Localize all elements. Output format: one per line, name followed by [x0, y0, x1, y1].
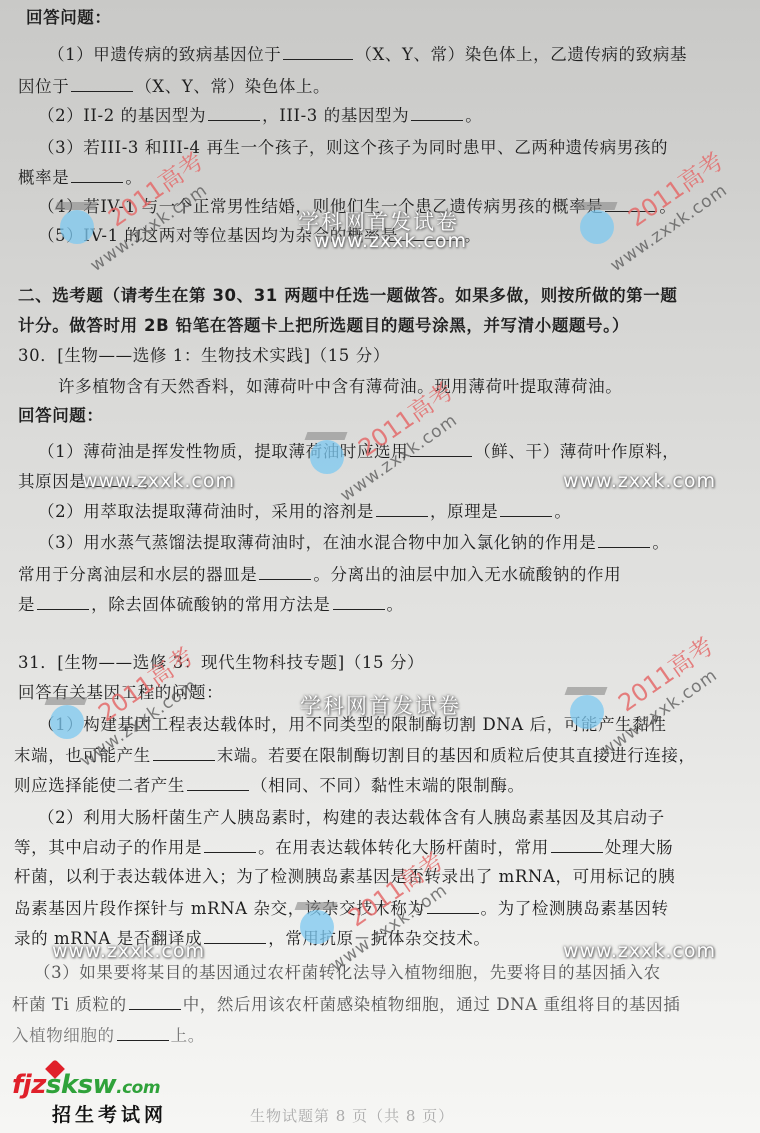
page-number: 生物试题第 8 页（共 8 页）: [250, 1105, 454, 1126]
answer-blank: [129, 993, 181, 1010]
graduation-cap-icon: [565, 687, 608, 695]
answer-blank: [411, 104, 463, 121]
watermark-url: www.zxxk.com: [563, 470, 716, 492]
answer-blank: [333, 593, 385, 610]
question-30-part-3-line-3: 是，除去固体硫酸钠的常用方法是。: [18, 593, 404, 616]
answer-blank: [117, 1024, 169, 1041]
answer-blank: [204, 927, 266, 944]
mascot-icon: [570, 695, 604, 729]
question-31-part-3-line-2: 杆菌 Ti 质粒的中，然后用该农杆菌感染植物细胞，通过 DNA 重组将目的基因插: [12, 993, 680, 1016]
graduation-cap-icon: [55, 202, 98, 210]
section-2-heading-line-2: 计分。做答时用 2B 铅笔在答题卡上把所选题目的题号涂黑，并写清小题题号。）: [18, 315, 629, 337]
watermark-stamp: 2011高考 www.zxxk.com: [310, 400, 460, 510]
graduation-cap-icon: [305, 432, 348, 440]
answer-blank: [71, 75, 133, 92]
answer-blank: [187, 774, 249, 791]
question-30-part-1-line-2: 其原因是。: [18, 470, 160, 493]
answer-blank: [259, 563, 311, 580]
question-1-line-2: 因位于（X、Y、常）染色体上。: [18, 75, 330, 98]
question-31-part-2-line-1: （2）利用大肠杆菌生产人胰岛素时，构建的表达载体含有人胰岛素基因及其启动子: [38, 807, 665, 829]
question-2: （2）II-2 的基因型为，III-3 的基因型为。: [38, 104, 482, 127]
answer-blank: [500, 500, 552, 517]
question-30-prompt: 回答问题：: [18, 405, 104, 427]
question-31-part-2-line-2: 等，其中启动子的作用是。在用表达载体转化大肠杆菌时，常用处理大肠: [14, 836, 673, 859]
answer-blank: [283, 43, 353, 60]
graduation-cap-icon: [45, 697, 88, 705]
answer-blank: [88, 470, 140, 487]
question-3-line-1: （3）若III-3 和III-4 再生一个孩子，则这个孩子为同时患甲、乙两种遗传…: [38, 137, 668, 159]
watermark-url: www.zxxk.com: [563, 940, 716, 962]
question-30-part-2: （2）用萃取法提取薄荷油时，采用的溶剂是，原理是。: [38, 500, 572, 523]
section-2-heading-line-1: 二、选考题（请考生在第 30、31 两题中任选一题做答。如果多做，则按所做的第一…: [18, 285, 678, 307]
question-31-part-1-line-3: 则应选择能使二者产生（相同、不同）黏性末端的限制酶。: [14, 774, 525, 797]
answer-blank: [204, 836, 256, 853]
question-1-line-1: （1）甲遗传病的致病基因位于（X、Y、常）染色体上，乙遗传病的致病基: [48, 43, 687, 66]
answer-blank: [551, 836, 603, 853]
answer-blank: [598, 531, 650, 548]
graduation-cap-icon: [575, 202, 618, 210]
answer-prompt: 回答问题：: [26, 7, 112, 29]
exam-page: 回答问题： （1）甲遗传病的致病基因位于（X、Y、常）染色体上，乙遗传病的致病基…: [0, 0, 760, 1133]
answer-blank: [208, 104, 260, 121]
answer-blank: [400, 224, 462, 241]
question-30-intro: 许多植物含有天然香料，如薄荷叶中含有薄荷油。现用薄荷叶提取薄荷油。: [58, 376, 622, 398]
question-31-part-3-line-3: 入植物细胞的上。: [12, 1024, 205, 1047]
mascot-icon: [300, 910, 334, 944]
mascot-icon: [60, 210, 94, 244]
question-30-part-3-line-1: （3）用水蒸气蒸馏法提取薄荷油时，在油水混合物中加入氯化钠的作用是。: [38, 531, 669, 554]
watermark-stamp: 2011高考 www.zxxk.com: [570, 655, 720, 765]
watermark-stamp: 2011高考 www.zxxk.com: [50, 665, 200, 775]
question-30-part-3-line-2: 常用于分离油层和水层的器皿是。分离出的油层中加入无水硫酸钠的作用: [18, 563, 621, 586]
mascot-icon: [50, 705, 84, 739]
question-30-title: 30．[生物——选修 1：生物技术实践]（15 分）: [18, 345, 390, 367]
watermark-stamp: 2011高考 www.zxxk.com: [60, 170, 210, 280]
mascot-icon: [310, 440, 344, 474]
answer-blank: [37, 593, 89, 610]
graduation-cap-icon: [295, 902, 338, 910]
mascot-icon: [580, 210, 614, 244]
site-logo: fjzsksw.com 招生考试网: [12, 1070, 202, 1130]
watermark-stamp: 2011高考 www.zxxk.com: [300, 870, 450, 980]
watermark-stamp: 2011高考 www.zxxk.com: [580, 170, 730, 280]
